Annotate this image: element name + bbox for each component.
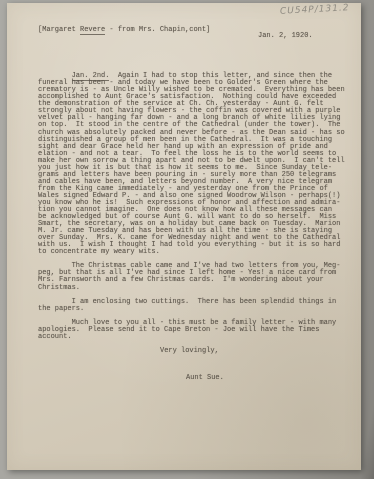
header-suffix: - from Mrs. Chapin,cont]	[105, 26, 210, 34]
letter-line: Christmas.	[38, 285, 356, 292]
letter-line: apologies. Please send it to Cape Breton…	[38, 327, 356, 334]
letter-line: the papers.	[38, 306, 356, 313]
letter-line: account.	[38, 334, 356, 341]
paragraph: I am enclosing two cuttings. There has b…	[38, 299, 356, 313]
header-underlined-name: Revere	[80, 26, 105, 35]
letter-line: I am enclosing two cuttings. There has b…	[38, 299, 356, 306]
archival-header: [Margaret Revere - from Mrs. Chapin,cont…	[38, 27, 210, 34]
signature: Aunt Sue.	[186, 375, 356, 382]
letter-line: Mrs. Farnsworth and a few Christmas card…	[38, 277, 356, 284]
paragraph: The Christmas cable came and I've had tw…	[38, 263, 356, 291]
paragraph: Jan. 2nd. Again I had to stop this lette…	[38, 73, 356, 256]
header-prefix: [Margaret	[38, 26, 80, 34]
letter-body: Jan. 2nd. Again I had to stop this lette…	[38, 52, 356, 396]
closing-line: Very lovingly,	[160, 348, 356, 355]
paragraph: Much love to you all - this must be a fa…	[38, 320, 356, 341]
letter-line: to concentrate my weary wits.	[38, 249, 356, 256]
catalog-annotation: CU54P/131.2	[280, 3, 350, 17]
letter-date: Jan. 2, 1920.	[258, 33, 313, 40]
letter-page: CU54P/131.2 [Margaret Revere - from Mrs.…	[7, 3, 361, 470]
